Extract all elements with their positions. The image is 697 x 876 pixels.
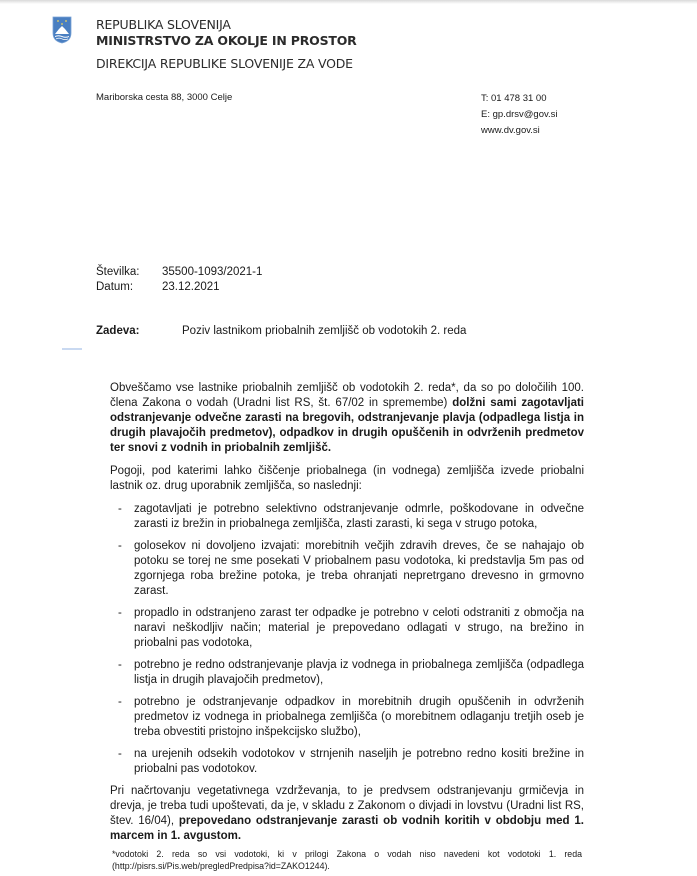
footnote-link[interactable]: (http://pisrs.si/Pis.web/pregledPredpisa…	[112, 861, 330, 871]
subject-label: Zadeva:	[96, 325, 182, 337]
list-item-text: na urejenih odsekih vodotokov v strnjeni…	[134, 747, 584, 777]
list-item-text: golosekov ni dovoljeno izvajati: morebit…	[134, 539, 584, 599]
subject-line: Zadeva: Poziv lastnikom priobalnih zemlj…	[96, 325, 466, 337]
list-item: -na urejenih odsekih vodotokov v strnjen…	[110, 747, 584, 777]
contact-block: T: 01 478 31 00 E: gp.drsv@gov.si www.dv…	[481, 91, 558, 139]
footnote-text: *vodotoki 2. reda so vsi vodotoki, ki v …	[112, 847, 582, 861]
paragraph-vegetation-emphasis: prepovedano odstranjevanje zarasti ob vo…	[110, 815, 584, 842]
paragraph-conditions-intro: Pogoji, pod katerimi lahko čiščenje prio…	[110, 464, 584, 494]
list-item-text: propadlo in odstranjeno zarast ter odpad…	[134, 606, 584, 651]
document-number-label: Številka:	[96, 265, 162, 280]
contact-email: E: gp.drsv@gov.si	[481, 107, 558, 123]
list-item: -potrebno je redno odstranjevanje plavja…	[110, 658, 584, 688]
subject-value: Poziv lastnikom priobalnih zemljišč ob v…	[182, 325, 466, 337]
slovenia-coat-of-arms-icon	[52, 16, 72, 44]
list-dash: -	[110, 502, 134, 532]
document-date-row: Datum: 23.12.2021	[96, 280, 262, 295]
list-item: -zagotavljati je potrebno selektivno ods…	[110, 502, 584, 532]
list-item-text: potrebno je odstranjevanje odpadkov in m…	[134, 695, 584, 740]
list-item-text: potrebno je redno odstranjevanje plavja …	[134, 658, 584, 688]
list-item-text: zagotavljati je potrebno selektivno odst…	[134, 502, 584, 532]
margin-mark	[62, 348, 82, 350]
list-dash: -	[110, 658, 134, 688]
list-item: -propadlo in odstranjeno zarast ter odpa…	[110, 606, 584, 651]
page-top-shadow	[0, 0, 697, 4]
sender-address: Mariborska cesta 88, 3000 Celje	[96, 92, 232, 103]
contact-phone: T: 01 478 31 00	[481, 91, 558, 107]
document-number-row: Številka: 35500-1093/2021-1	[96, 265, 262, 280]
letter-body: Obveščamo vse lastnike priobalnih zemlji…	[110, 381, 584, 852]
document-date-value: 23.12.2021	[162, 280, 220, 295]
list-dash: -	[110, 539, 134, 599]
document-number-value: 35500-1093/2021-1	[162, 265, 262, 280]
paragraph-vegetation: Pri načrtovanju vegetativnega vzdrževanj…	[110, 784, 584, 844]
document-meta: Številka: 35500-1093/2021-1 Datum: 23.12…	[96, 265, 262, 295]
contact-website: www.dv.gov.si	[481, 123, 558, 139]
list-dash: -	[110, 747, 134, 777]
list-item: -golosekov ni dovoljeno izvajati: morebi…	[110, 539, 584, 599]
letterhead-directorate: DIREKCIJA REPUBLIKE SLOVENIJE ZA VODE	[96, 56, 353, 71]
paragraph-notice: Obveščamo vse lastnike priobalnih zemlji…	[110, 381, 584, 456]
letterhead-republic: REPUBLIKA SLOVENIJA	[96, 17, 231, 32]
list-dash: -	[110, 695, 134, 740]
conditions-list: -zagotavljati je potrebno selektivno ods…	[110, 502, 584, 777]
list-item: -potrebno je odstranjevanje odpadkov in …	[110, 695, 584, 740]
letterhead-ministry: MINISTRSTVO ZA OKOLJE IN PROSTOR	[96, 33, 357, 48]
list-dash: -	[110, 606, 134, 651]
document-date-label: Datum:	[96, 280, 162, 295]
